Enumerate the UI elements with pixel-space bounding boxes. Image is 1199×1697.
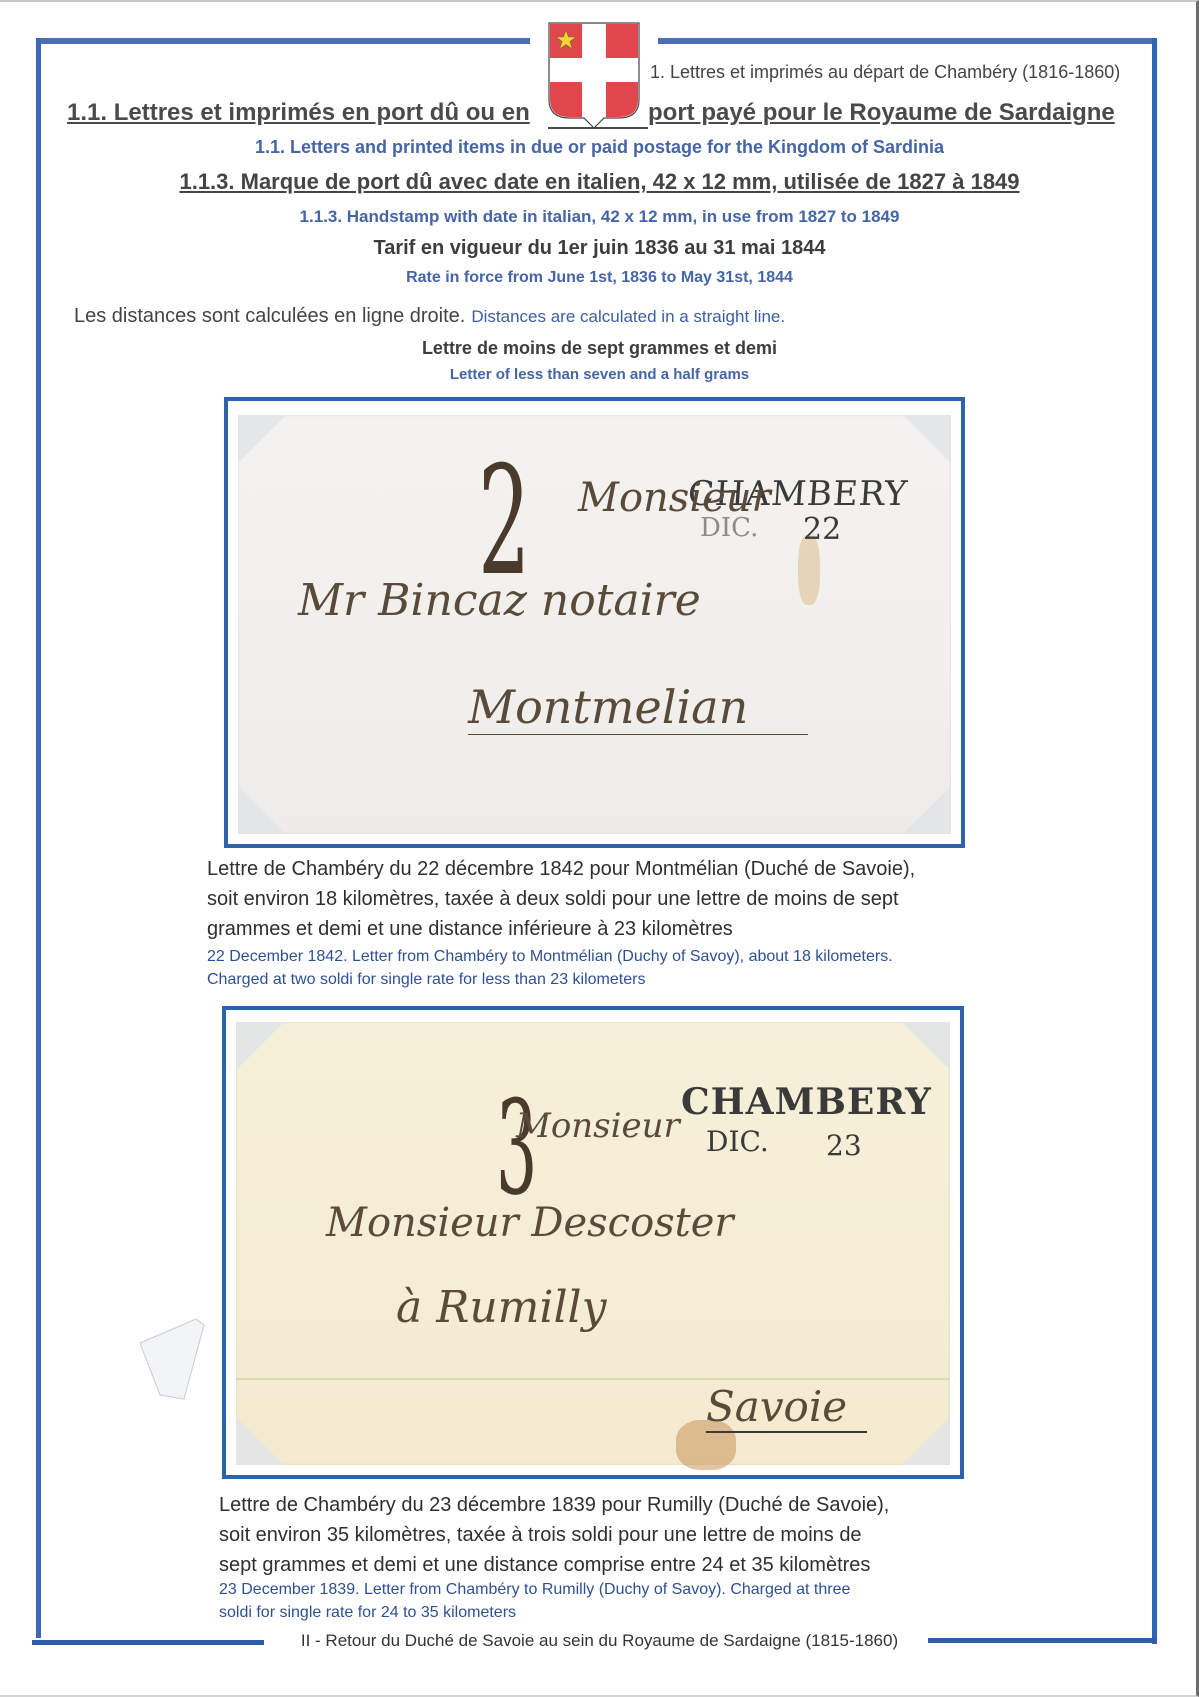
- subsection-title-fr: 1.1.3. Marque de port dû avec date en it…: [0, 169, 1199, 195]
- mount-corner: [902, 1417, 950, 1465]
- subsection-title-en: 1.1.3. Handstamp with date in italian, 4…: [0, 207, 1199, 227]
- postmark-day: 23: [826, 1132, 862, 1160]
- description-line: Lettre de Chambéry du 23 décembre 1839 p…: [219, 1490, 889, 1520]
- distance-note-en: Distances are calculated in a straight l…: [471, 307, 785, 326]
- series-title: 1. Lettres et imprimés au départ de Cham…: [650, 62, 1120, 83]
- description-line: 23 December 1839. Letter from Chambéry t…: [219, 1578, 850, 1601]
- title-underline: [548, 127, 648, 129]
- mount-corner: [236, 1417, 284, 1465]
- address-line-4: Savoie: [706, 1382, 867, 1433]
- section-title-fr-part1: 1.1. Lettres et imprimés en port dû ou e…: [67, 99, 530, 127]
- address-line-2: Mr Bincaz notaire: [298, 575, 701, 626]
- address-line-2: Monsieur Descoster: [326, 1200, 734, 1246]
- fold-line: [236, 1378, 950, 1380]
- mount-corner: [902, 1022, 950, 1070]
- mount-corner: [238, 786, 286, 834]
- cover-image-2: CHAMBERY DIC. 23 3 Monsieur Monsieur Des…: [222, 1006, 964, 1479]
- tariff-fr: Tarif en vigueur du 1er juin 1836 au 31 …: [0, 237, 1199, 260]
- section-title-en: 1.1. Letters and printed items in due or…: [0, 137, 1199, 158]
- address-line-3: Montmelian: [468, 680, 808, 735]
- description-line: soit environ 35 kilomètres, taxée à troi…: [219, 1520, 889, 1550]
- weight-class-en: Letter of less than seven and a half gra…: [0, 366, 1199, 383]
- address-line-1: Monsieur: [578, 475, 771, 521]
- description-line: 22 December 1842. Letter from Chambéry t…: [207, 945, 893, 968]
- distance-note: Les distances sont calculées en ligne dr…: [74, 305, 785, 328]
- distance-note-fr: Les distances sont calculées en ligne dr…: [74, 305, 465, 327]
- savoy-coat-of-arms-icon: [548, 22, 640, 134]
- description-fr-2: Lettre de Chambéry du 23 décembre 1839 p…: [219, 1490, 889, 1580]
- mount-corner: [903, 786, 951, 834]
- postmark-town: CHAMBERY: [681, 1084, 932, 1120]
- letter-paper: CHAMBERY DIC. 23 3 Monsieur Monsieur Des…: [236, 1022, 950, 1465]
- section-title-fr-part2: port payé pour le Royaume de Sardaigne: [648, 99, 1115, 127]
- description-en-1: 22 December 1842. Letter from Chambéry t…: [207, 945, 893, 991]
- address-line-3: à Rumilly: [396, 1282, 606, 1333]
- description-line: Charged at two soldi for single rate for…: [207, 968, 893, 991]
- address-line-1: Monsieur: [516, 1106, 680, 1146]
- description-line: sept grammes et demi et une distance com…: [219, 1550, 889, 1580]
- description-line: soit environ 18 kilomètres, taxée à deux…: [207, 884, 915, 914]
- frame-top-left: [36, 38, 530, 44]
- weight-class-fr: Lettre de moins de sept grammes et demi: [0, 338, 1199, 359]
- description-line: grammes et demi et une distance inférieu…: [207, 914, 915, 944]
- letter-paper: CHAMBERY DIC. 22 2 Monsieur Mr Bincaz no…: [238, 415, 951, 834]
- frame-top-right: [658, 38, 1157, 44]
- description-fr-1: Lettre de Chambéry du 22 décembre 1842 p…: [207, 854, 915, 944]
- description-en-2: 23 December 1839. Letter from Chambéry t…: [219, 1578, 850, 1624]
- cover-image-1: CHAMBERY DIC. 22 2 Monsieur Mr Bincaz no…: [224, 397, 965, 848]
- description-line: Lettre de Chambéry du 22 décembre 1842 p…: [207, 854, 915, 884]
- mount-corner: [236, 1022, 284, 1070]
- postmark-day: 22: [803, 515, 841, 545]
- mount-corner: [903, 415, 951, 463]
- postmark-month: DIC.: [706, 1128, 769, 1156]
- description-line: soldi for single rate for 24 to 35 kilom…: [219, 1601, 850, 1624]
- loose-mount-corner: [138, 1315, 210, 1401]
- mount-corner: [238, 415, 286, 463]
- chapter-footer: II - Retour du Duché de Savoie au sein d…: [0, 1631, 1199, 1651]
- tariff-en: Rate in force from June 1st, 1836 to May…: [0, 269, 1199, 287]
